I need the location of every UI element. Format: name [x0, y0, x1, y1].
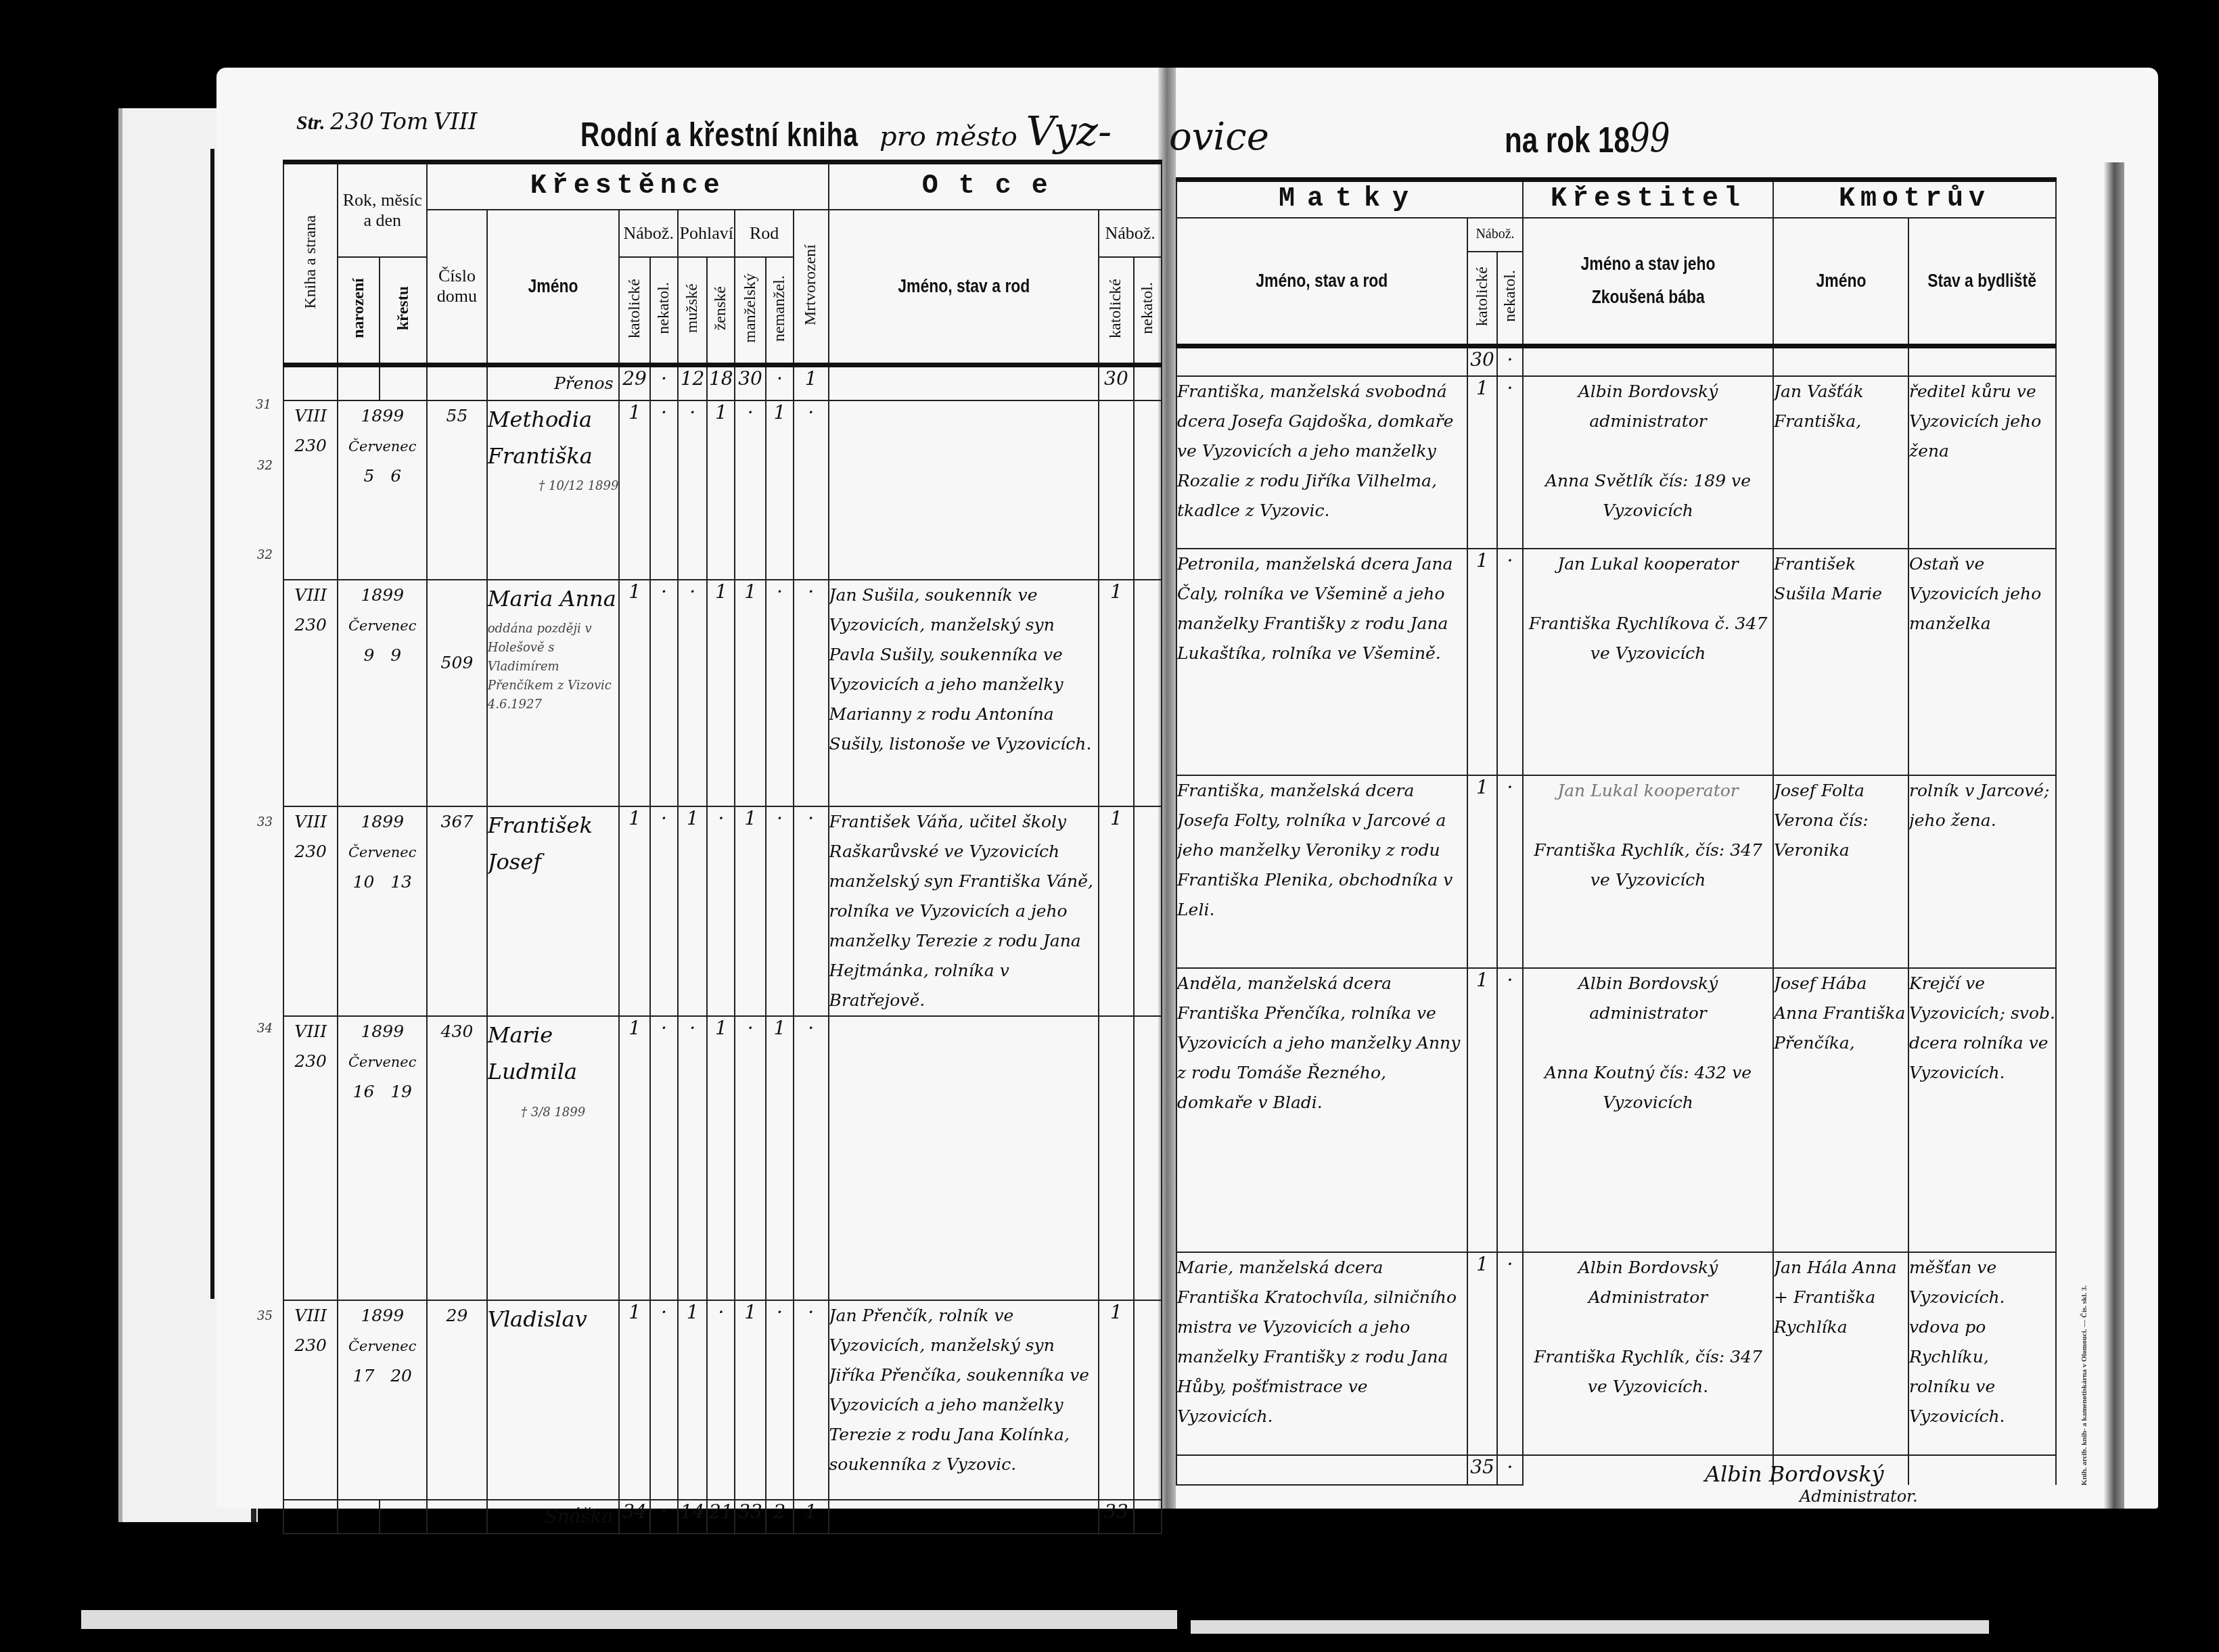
- nekatol-cell: ·: [650, 580, 678, 806]
- father-nekatol-cell: [1134, 806, 1162, 1016]
- date-cell: 1899Červenec5 6: [338, 400, 427, 580]
- katolicke-cell: 1: [619, 1016, 649, 1300]
- godparent-name: Jan Hála Anna + Františka Rychlíka: [1773, 1252, 1908, 1455]
- margin-number: 32: [257, 548, 273, 562]
- father-details: Jan Přenčík, rolník ve Vyzovicích, manže…: [829, 1300, 1099, 1500]
- date-cell: 1899Červenec16 19: [338, 1016, 427, 1300]
- carryover-zenske: 18: [707, 365, 735, 401]
- father-katol-cell: 1: [1099, 580, 1134, 806]
- kniha-strana: VIII230: [283, 1016, 338, 1300]
- nemanzel-cell: ·: [766, 580, 794, 806]
- baptizer-cell: Jan Lukal kooperatorFrantiška Rychlíkova…: [1523, 549, 1773, 775]
- date-cell: 1899Červenec17 20: [338, 1300, 427, 1500]
- mother-details: Františka, manželská svobodná dcera Jose…: [1176, 376, 1467, 549]
- zenske-cell: 1: [707, 580, 735, 806]
- muzske-cell: ·: [678, 580, 707, 806]
- child-name: Marie Ludmila† 3/8 1899: [487, 1016, 620, 1300]
- entry-row: Marie, manželská dcera Františka Kratoch…: [1176, 1252, 2056, 1455]
- totals-matky-nekatol: ·: [1497, 1455, 1523, 1485]
- mrtvorozeni-cell: ·: [794, 1300, 829, 1500]
- father-nekatol-cell: [1134, 1300, 1162, 1500]
- manzelsky-cell: 1: [735, 806, 765, 1016]
- mrtvorozeni-cell: ·: [794, 806, 829, 1016]
- father-details: Jan Sušila, soukenník ve Vyzovicích, man…: [829, 580, 1099, 806]
- col-header-cislo-domu: Číslo domu: [427, 210, 487, 365]
- zenske-cell: ·: [707, 806, 735, 1016]
- godparent-status: Krejčí ve Vyzovicích; svob. dcera rolník…: [1908, 968, 2056, 1252]
- totals-nekatol: ·: [650, 1500, 678, 1534]
- baptizer-cell: Albin Bordovský administratorAnna Koutný…: [1523, 968, 1773, 1252]
- col-header-krestitel: Jméno a stav jehoZkoušená bába: [1523, 218, 1773, 346]
- nemanzel-cell: ·: [766, 806, 794, 1016]
- carryover-nemanzel: ·: [766, 365, 794, 401]
- section-matky: Matky: [1176, 180, 1523, 218]
- register-title: Rodní a křestní kniha: [580, 115, 859, 154]
- entry-row: VIII230 1899Červenec9 9 509 Maria Annaod…: [283, 580, 1162, 806]
- godparent-status: měšťan ve Vyzovicích. vdova po Rychlíku,…: [1908, 1252, 2056, 1455]
- margin-number: 35: [257, 1309, 273, 1323]
- mother-katol-cell: 1: [1467, 968, 1497, 1252]
- carryover-otce-katol: 30: [1099, 365, 1134, 401]
- kniha-strana: VIII230: [283, 400, 338, 580]
- house-number: 430: [427, 1016, 487, 1300]
- entry-row: Anděla, manželská dcera Františka Přenčí…: [1176, 968, 2056, 1252]
- kniha-strana: VIII230: [283, 580, 338, 806]
- town-name-continued: ovice: [1169, 115, 1269, 159]
- katolicke-cell: 1: [619, 400, 649, 580]
- totals-otce-katol: 33: [1099, 1500, 1134, 1534]
- entry-row: VIII230 1899Červenec5 6 55 Methodia Fran…: [283, 400, 1162, 580]
- godparent-status: rolník v Jarcové; jeho žena.: [1908, 775, 2056, 968]
- totals-katolicke: 34: [619, 1500, 649, 1534]
- entry-row: Františka, manželská dcera Josefa Folty,…: [1176, 775, 2056, 968]
- house-number: 29: [427, 1300, 487, 1500]
- col-header-nekatol: nekatol.: [650, 257, 678, 365]
- godparent-status: ředitel kůru ve Vyzovicích jeho žena: [1908, 376, 2056, 549]
- mother-nekatol-cell: ·: [1497, 968, 1523, 1252]
- mother-details: Františka, manželská dcera Josefa Folty,…: [1176, 775, 1467, 968]
- father-nekatol-cell: [1134, 1016, 1162, 1300]
- child-name: Vladislav: [487, 1300, 620, 1500]
- nemanzel-cell: ·: [766, 1300, 794, 1500]
- page-reference: Str. 230 Tom VIII: [296, 108, 478, 135]
- printer-imprint: Knih. arcib. knih- a kamenotiskárna v Ol…: [2080, 1285, 2088, 1486]
- mother-details: Petronila, manželská dcera Jana Čaly, ro…: [1176, 549, 1467, 775]
- mother-katol-cell: 1: [1467, 549, 1497, 775]
- nemanzel-cell: 1: [766, 400, 794, 580]
- page-number: 230: [330, 108, 374, 135]
- entry-row: VIII230 1899Červenec10 13 367 František …: [283, 806, 1162, 1016]
- manzelsky-cell: ·: [735, 400, 765, 580]
- col-header-jmeno: Jméno: [487, 210, 620, 365]
- godparent-name: Jan Vašťák Františka,: [1773, 376, 1908, 549]
- carryover-row: Přenos 29 · 12 18 30 · 1 30: [283, 365, 1162, 401]
- baptizer-cell: Jan Lukal kooperatorFrantiška Rychlík, č…: [1523, 775, 1773, 968]
- child-name: Maria Annaoddána později v Holešově s Vl…: [487, 580, 620, 806]
- col-header-date: Rok, měsíc a den: [338, 162, 427, 257]
- katolicke-cell: 1: [619, 806, 649, 1016]
- baptizer-cell: Albin Bordovský AdministratorFrantiška R…: [1523, 1252, 1773, 1455]
- signature-name: Albin Bordovský: [1705, 1461, 1884, 1487]
- nekatol-cell: ·: [650, 1300, 678, 1500]
- section-krestence: Křestěnce: [427, 162, 828, 210]
- manzelsky-cell: 1: [735, 1300, 765, 1500]
- father-katol-cell: 1: [1099, 1300, 1134, 1500]
- manzelsky-cell: 1: [735, 580, 765, 806]
- father-details: František Váňa, učitel školy Raškarůvské…: [829, 806, 1099, 1016]
- entry-row: VIII230 1899Červenec17 20 29 Vladislav 1…: [283, 1300, 1162, 1500]
- date-cell: 1899Červenec9 9: [338, 580, 427, 806]
- col-header-pohlavi: Pohlaví: [678, 210, 735, 257]
- kniha-strana: VIII230: [283, 806, 338, 1016]
- margin-number: 31: [256, 398, 271, 412]
- col-header-otce-jmeno: Jméno, stav a rod: [829, 210, 1099, 365]
- register-table-left: Kniha a strana Rok, měsíc a den Křestěnc…: [283, 160, 1162, 1534]
- town-part-1: Vyz-: [1026, 108, 1112, 156]
- col-header-narozeni: narození: [338, 257, 380, 365]
- mother-katol-cell: 1: [1467, 775, 1497, 968]
- manzelsky-cell: ·: [735, 1016, 765, 1300]
- col-header-nemanzel: nemanžel.: [766, 257, 794, 365]
- col-header-matky-katolicke: katolické: [1467, 252, 1497, 346]
- date-cell: 1899Červenec10 13: [338, 806, 427, 1016]
- margin-number: 33: [257, 815, 273, 829]
- baptizer-cell: Albin Bordovský administratorAnna Světlí…: [1523, 376, 1773, 549]
- carryover-katolicke: 29: [619, 365, 649, 401]
- godparent-name: Josef Hába Anna Františka Přenčíka,: [1773, 968, 1908, 1252]
- nekatol-cell: ·: [650, 806, 678, 1016]
- page-rule: [210, 149, 214, 1299]
- carryover-matky-nekatol: ·: [1497, 346, 1523, 376]
- section-otce: Otce: [829, 162, 1162, 210]
- col-header-matky-jmeno: Jméno, stav a rod: [1176, 218, 1467, 346]
- father-katol-cell: [1099, 1016, 1134, 1300]
- col-header-manzelsky: manželský: [735, 257, 765, 365]
- child-name: František Josef: [487, 806, 620, 1016]
- child-name: Methodia Františka† 10/12 1899: [487, 400, 620, 580]
- col-header-muzske: mužské: [678, 257, 707, 365]
- muzske-cell: 1: [678, 806, 707, 1016]
- muzske-cell: ·: [678, 400, 707, 580]
- mrtvorozeni-cell: ·: [794, 580, 829, 806]
- mother-details: Marie, manželská dcera Františka Kratoch…: [1176, 1252, 1467, 1455]
- year-suffix: 99: [1630, 115, 1670, 162]
- section-kmotru: Kmotrův: [1773, 180, 2056, 218]
- mother-katol-cell: 1: [1467, 376, 1497, 549]
- carryover-row: 30 ·: [1176, 346, 2056, 376]
- house-number: 509: [427, 580, 487, 806]
- volume-label: Tom: [379, 108, 428, 135]
- katolicke-cell: 1: [619, 1300, 649, 1500]
- register-table-right: Matky Křestitel Kmotrův Jméno, stav a ro…: [1176, 177, 2057, 1486]
- town-name: pro město Vyz-: [879, 108, 1112, 156]
- mother-details: Anděla, manželská dcera Františka Přenčí…: [1176, 968, 1467, 1252]
- mother-katol-cell: 1: [1467, 1252, 1497, 1455]
- margin-number: 34: [257, 1022, 273, 1036]
- muzske-cell: 1: [678, 1300, 707, 1500]
- col-header-matky-nekatol: nekatol.: [1497, 252, 1523, 346]
- zenske-cell: 1: [707, 1016, 735, 1300]
- col-header-kniha-strana: Kniha a strana: [283, 162, 338, 365]
- totals-zenske: 21: [707, 1500, 735, 1534]
- mother-nekatol-cell: ·: [1497, 376, 1523, 549]
- zenske-cell: 1: [707, 400, 735, 580]
- section-krestitel: Křestitel: [1523, 180, 1773, 218]
- mrtvorozeni-cell: ·: [794, 400, 829, 580]
- carryover-nekatol: ·: [650, 365, 678, 401]
- col-header-mrtvorozeni: Mrtvorození: [794, 210, 829, 365]
- totals-nemanzel: 2: [766, 1500, 794, 1534]
- mother-nekatol-cell: ·: [1497, 775, 1523, 968]
- col-header-rod: Rod: [735, 210, 794, 257]
- col-header-kmotr-stav: Stav a bydliště: [1908, 218, 2056, 346]
- father-nekatol-cell: [1134, 580, 1162, 806]
- col-header-krestu: křestu: [380, 257, 427, 365]
- col-header-zenske: ženské: [707, 257, 735, 365]
- volume-number: VIII: [434, 108, 478, 135]
- father-details: [829, 400, 1099, 580]
- col-header-otce-naboz: Nábož.: [1099, 210, 1162, 257]
- carryover-matky-katol: 30: [1467, 346, 1497, 376]
- carryover-muzske: 12: [678, 365, 707, 401]
- totals-label: Snáška: [487, 1500, 620, 1534]
- mother-nekatol-cell: ·: [1497, 1252, 1523, 1455]
- administrator-signature: Albin Bordovský Administrator.: [1705, 1461, 1918, 1506]
- col-header-matky-naboz: Nábož.: [1467, 218, 1523, 252]
- page-bottom-edge: [81, 1610, 1177, 1629]
- totals-manzelsky: 33: [735, 1500, 765, 1534]
- town-prefix: pro město: [879, 121, 1017, 152]
- col-header-katolicke: katolické: [619, 257, 649, 365]
- col-header-otce-katolicke: katolické: [1099, 257, 1134, 365]
- father-katol-cell: [1099, 400, 1134, 580]
- nekatol-cell: ·: [650, 400, 678, 580]
- katolicke-cell: 1: [619, 580, 649, 806]
- col-header-kmotr-jmeno: Jméno: [1773, 218, 1908, 346]
- page-bottom-edge: [1191, 1620, 1989, 1634]
- godparent-name: František Sušila Marie: [1773, 549, 1908, 775]
- nemanzel-cell: 1: [766, 1016, 794, 1300]
- col-header-naboz: Nábož.: [619, 210, 678, 257]
- register-year: na rok 1899: [1505, 115, 1670, 162]
- father-katol-cell: 1: [1099, 806, 1134, 1016]
- mother-nekatol-cell: ·: [1497, 549, 1523, 775]
- totals-mrtvorozeni: 1: [794, 1500, 829, 1534]
- margin-number: 32: [257, 459, 273, 473]
- house-number: 367: [427, 806, 487, 1016]
- zenske-cell: ·: [707, 1300, 735, 1500]
- entry-row: Petronila, manželská dcera Jana Čaly, ro…: [1176, 549, 2056, 775]
- signature-role: Administrator.: [1800, 1487, 1918, 1506]
- right-page-edge: [2104, 162, 2124, 1509]
- godparent-status: Ostaň ve Vyzovicích jeho manželka: [1908, 549, 2056, 775]
- year-label: na rok 18: [1505, 120, 1630, 160]
- father-nekatol-cell: [1134, 400, 1162, 580]
- house-number: 55: [427, 400, 487, 580]
- mrtvorozeni-cell: ·: [794, 1016, 829, 1300]
- kniha-strana: VIII230: [283, 1300, 338, 1500]
- entry-row: VIII230 1899Červenec16 19 430 Marie Ludm…: [283, 1016, 1162, 1300]
- totals-matky-katol: 35: [1467, 1455, 1497, 1485]
- entry-row: Františka, manželská svobodná dcera Jose…: [1176, 376, 2056, 549]
- totals-muzske: 14: [678, 1500, 707, 1534]
- nekatol-cell: ·: [650, 1016, 678, 1300]
- carryover-mrtvorozeni: 1: [794, 365, 829, 401]
- carryover-label: Přenos: [487, 365, 620, 401]
- father-details: [829, 1016, 1099, 1300]
- totals-row: 35 ·: [1176, 1455, 2056, 1485]
- col-header-otce-nekatol: nekatol.: [1134, 257, 1162, 365]
- totals-row: Snáška 34 · 14 21 33 2 1 33: [283, 1500, 1162, 1534]
- page-label: Str.: [296, 112, 325, 134]
- carryover-manzelsky: 30: [735, 365, 765, 401]
- muzske-cell: ·: [678, 1016, 707, 1300]
- godparent-name: Josef Folta Verona čís: Veronika: [1773, 775, 1908, 968]
